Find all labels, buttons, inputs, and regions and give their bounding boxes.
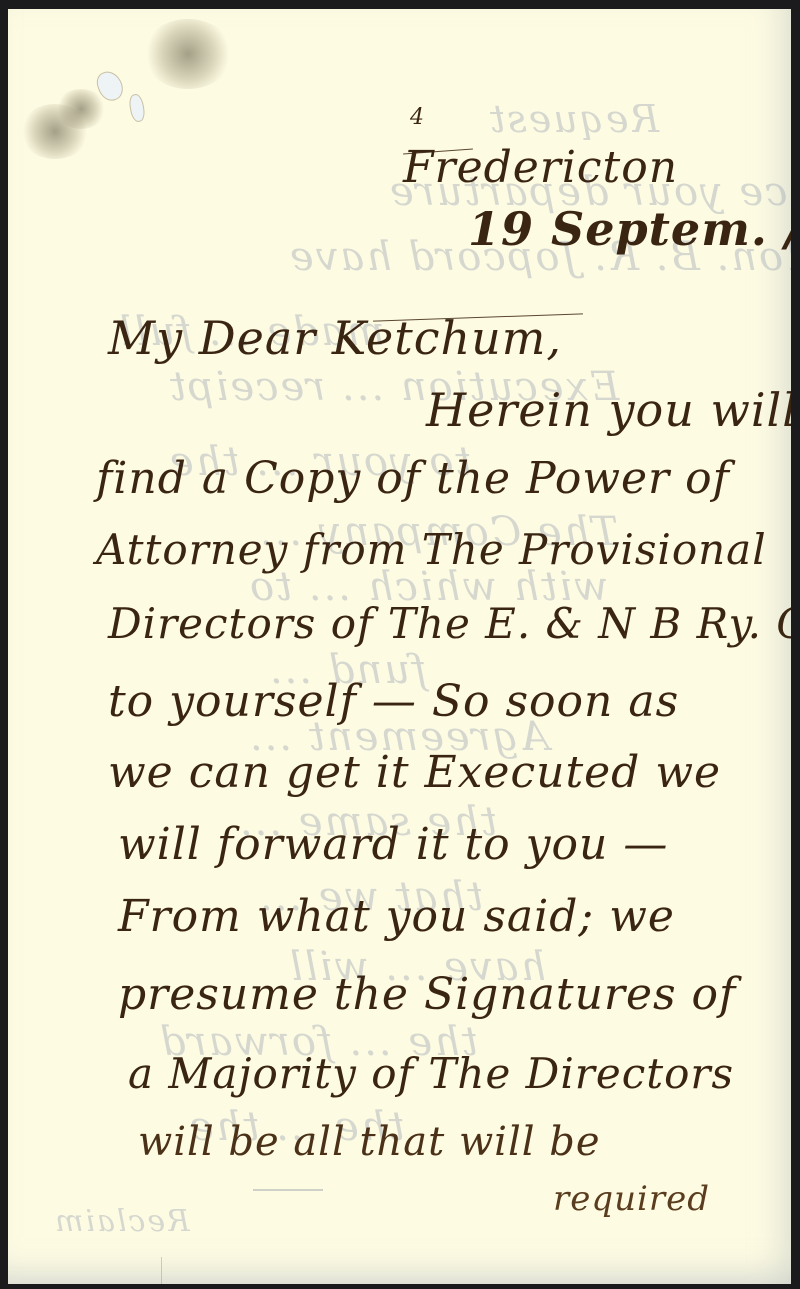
letter-date: 19 Septem. / 70 — [468, 202, 791, 256]
paper-crack — [161, 1257, 162, 1284]
stain-mark — [56, 89, 106, 129]
letter-catchword: required — [553, 1179, 710, 1219]
letter-body-line: a Majority of The Directors — [128, 1049, 734, 1098]
stain-mark — [143, 19, 233, 89]
letter-body-line: From what you said; we — [118, 891, 675, 942]
letter-salutation: My Dear Ketchum, — [108, 311, 562, 365]
letter-page: Request since your departure the Hon. B.… — [8, 9, 791, 1284]
place-superscript: 4 — [410, 105, 424, 130]
letter-body-line: Directors of The E. & N B Ry. Coy — [108, 599, 791, 648]
letter-body-line: Attorney from The Provisional — [96, 525, 767, 574]
paper-hole — [128, 93, 147, 123]
letter-body-line: presume the Signatures of — [118, 969, 736, 1020]
letter-body-line: to yourself — So soon as — [108, 676, 679, 727]
letter-body-line: will be all that will be — [138, 1119, 601, 1165]
letter-body-line: Herein you will — [426, 383, 791, 437]
letter-body-line: find a Copy of the Power of — [96, 453, 730, 504]
letter-body-line: we can get it Executed we — [108, 747, 721, 798]
letter-body-line: will forward it to you — — [118, 819, 668, 870]
letter-place: Fredericton — [403, 142, 678, 193]
show-through-text: Request — [488, 97, 659, 141]
show-through-text: Reclaim — [53, 1204, 190, 1239]
show-through-rule — [253, 1189, 323, 1191]
